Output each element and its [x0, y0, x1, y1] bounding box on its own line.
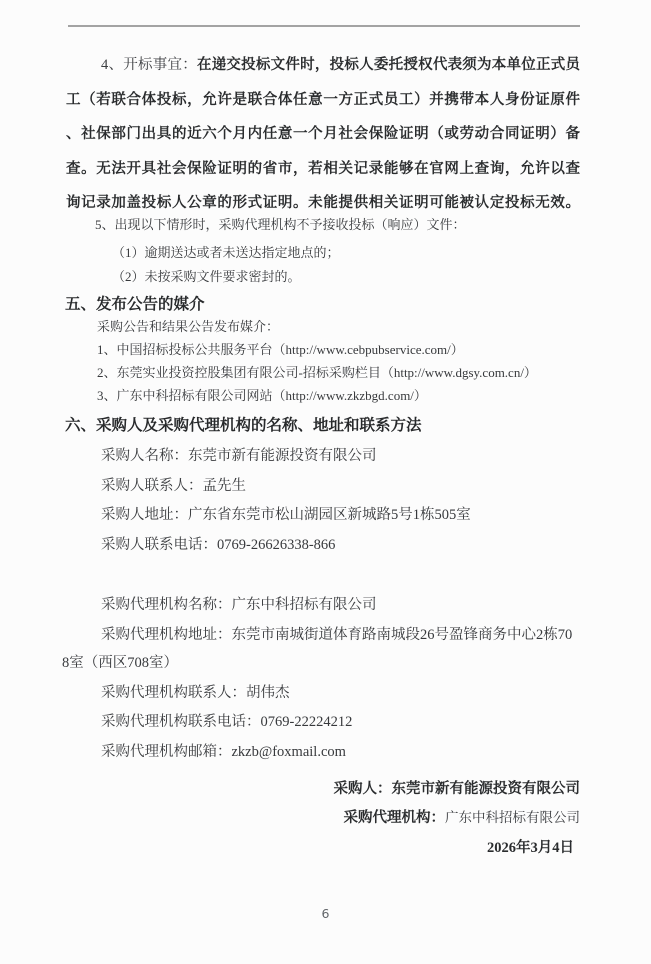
signature-purchaser-label: 采购人：	[334, 781, 392, 797]
agency-phone-line: 采购代理机构联系电话：0769-22224212	[101, 713, 352, 731]
document-page: 4、开标事宜：在递交投标文件时，投标人委托授权代表须为本单位正式员 工（若联合体…	[0, 0, 651, 964]
section-5-heading: 五、发布公告的媒介	[65, 292, 205, 314]
purchaser-name-line: 采购人名称：东莞市新有能源投资有限公司	[101, 447, 377, 465]
agency-name-line: 采购代理机构名称：广东中科招标有限公司	[101, 596, 377, 614]
signature-agency-name: 广东中科招标有限公司	[445, 810, 580, 825]
signature-date: 2026年3月4日	[487, 836, 574, 857]
paragraph-4-line-2: 工（若联合体投标，允许是联合体任意一方正式员工）并携带本人身份证原件	[66, 83, 580, 118]
agency-email-line: 采购代理机构邮箱：zkzb@foxmail.com	[101, 743, 346, 761]
item-5-sub-item-1: （1）逾期送达或者未送达指定地点的；	[112, 244, 340, 261]
media-item-3: 3、广东中科招标有限公司网站（http://www.zkzbgd.com/）	[97, 387, 427, 404]
signature-purchaser: 采购人：东莞市新有能源投资有限公司	[334, 777, 581, 798]
purchaser-address-line: 采购人地址：广东省东莞市松山湖园区新城路5号1栋505室	[101, 506, 471, 524]
paragraph-4-line-3: 、社保部门出具的近六个月内任意一个月社会保险证明（或劳动合同证明）备	[66, 117, 580, 152]
signature-purchaser-name: 东莞市新有能源投资有限公司	[392, 781, 581, 797]
item-5-rejection-conditions: 5、出现以下情形时，采购代理机构不予接收投标（响应）文件：	[95, 216, 466, 233]
header-rule	[68, 25, 580, 27]
page-number: 6	[0, 906, 651, 921]
item-5-sub-item-2: （2）未按采购文件要求密封的。	[112, 268, 301, 285]
signature-agency: 采购代理机构：广东中科招标有限公司	[344, 806, 581, 827]
paragraph-4-bid-opening: 4、开标事宜：在递交投标文件时，投标人委托授权代表须为本单位正式员 工（若联合体…	[66, 48, 580, 221]
agency-address-line-2: 8室（西区708室）	[62, 654, 178, 672]
paragraph-4-line-1-text: 在递交投标文件时，投标人委托授权代表须为本单位正式员	[197, 57, 580, 73]
agency-address-line-1: 采购代理机构地址：东莞市南城街道体育路南城段26号盈锋商务中心2栋70	[101, 626, 572, 644]
paragraph-4-line-1: 4、开标事宜：在递交投标文件时，投标人委托授权代表须为本单位正式员	[66, 48, 580, 83]
media-item-1: 1、中国招标投标公共服务平台（http://www.cebpubservice.…	[97, 341, 464, 358]
section-6-heading: 六、采购人及采购代理机构的名称、地址和联系方法	[65, 413, 422, 435]
signature-agency-label: 采购代理机构：	[344, 810, 446, 826]
agency-contact-line: 采购代理机构联系人：胡伟杰	[101, 684, 290, 702]
paragraph-4-line-4: 查。无法开具社会保险证明的省市，若相关记录能够在官网上查询，允许以查	[66, 152, 580, 187]
media-item-2: 2、东莞实业投资控股集团有限公司-招标采购栏目（http://www.dgsy.…	[97, 364, 537, 381]
purchaser-phone-line: 采购人联系电话：0769-26626338-866	[101, 536, 335, 554]
section-5-intro: 采购公告和结果公告发布媒介：	[97, 318, 279, 335]
purchaser-contact-line: 采购人联系人：孟先生	[101, 477, 246, 495]
paragraph-4-number-label: 4、开标事宜：	[101, 57, 197, 73]
